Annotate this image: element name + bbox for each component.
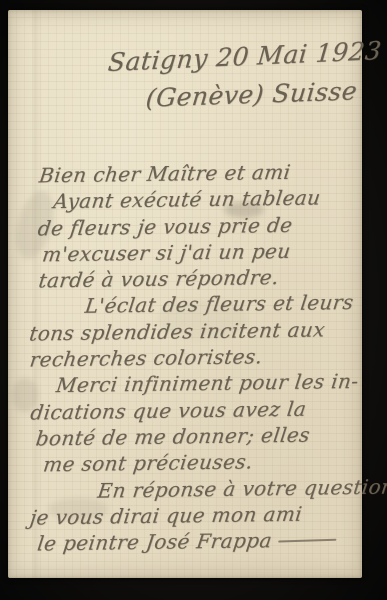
letter-body: Bien cher Maître et ami Ayant exécuté un…	[23, 157, 387, 557]
letter-place: (Genève) Suisse	[145, 76, 359, 112]
letter-line: L'éclat des fleurs et leurs	[83, 289, 387, 320]
letter-line: le peintre José Frappa	[36, 526, 387, 557]
letter-paper: Satigny 20 Mai 1923 (Genève) Suisse Bien…	[8, 10, 362, 578]
letter-line: Ayant exécuté un tableau	[52, 184, 387, 215]
letter-date: Satigny 20 Mai 1923	[107, 36, 383, 77]
letter-line: En réponse à votre question	[96, 473, 387, 503]
scanned-letter: Satigny 20 Mai 1923 (Genève) Suisse Bien…	[0, 0, 387, 600]
letter-line: Merci infiniment pour les in-	[55, 368, 387, 399]
pen-flourish-stroke	[278, 539, 336, 543]
letter-line-text: le peintre José Frappa	[36, 528, 274, 555]
letter-line: me sont précieuses.	[42, 447, 387, 478]
